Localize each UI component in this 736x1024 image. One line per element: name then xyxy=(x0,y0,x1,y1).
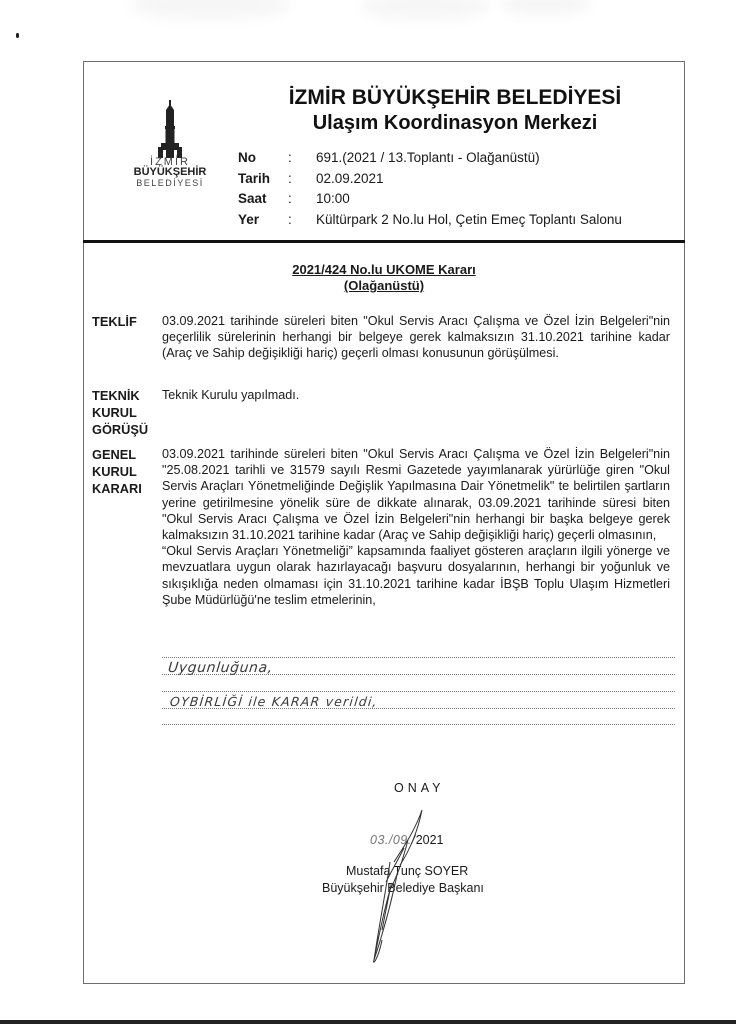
logo-text-buyuksehir: BÜYÜKŞEHİR xyxy=(118,167,222,178)
meta-value-place: Kültürpark 2 No.lu Hol, Çetin Emeç Topla… xyxy=(316,210,622,231)
meta-colon: : xyxy=(288,189,316,210)
meta-key: Tarih xyxy=(238,169,288,190)
meta-value-time: 10:00 xyxy=(316,189,350,210)
label-line: KARARI xyxy=(92,480,162,497)
label-line: KURUL xyxy=(92,404,162,421)
meta-row-time: Saat : 10:00 xyxy=(238,189,622,210)
scan-speck xyxy=(16,33,19,38)
scan-smudge xyxy=(130,0,290,20)
section-teklif: TEKLİF 03.09.2021 tarihinde süreleri bit… xyxy=(92,313,670,362)
meta-colon: : xyxy=(288,169,316,190)
meta-colon: : xyxy=(288,148,316,169)
section-label-genel-kurul: GENEL KURUL KARARI xyxy=(92,446,162,608)
header-divider xyxy=(83,240,685,243)
meta-key: Yer xyxy=(238,210,288,231)
meta-value-no: 691.(2021 / 13.Toplantı - Olağanüstü) xyxy=(316,148,540,169)
section-teknik-kurul: TEKNİK KURUL GÖRÜŞÜ Teknik Kurulu yapılm… xyxy=(92,387,670,438)
meta-row-no: No : 691.(2021 / 13.Toplantı - Olağanüst… xyxy=(238,148,622,169)
paragraph: “Okul Servis Araçları Yönetmeliği” kapsa… xyxy=(162,543,670,608)
paragraph: Teknik Kurulu yapılmadı. xyxy=(162,387,670,403)
scan-smudge xyxy=(360,0,490,20)
meta-row-date: Tarih : 02.09.2021 xyxy=(238,169,622,190)
dotted-line xyxy=(162,724,675,725)
scan-smudge xyxy=(500,0,590,16)
handwritten-note-decision: OYBİRLİĞİ ile KARAR verildi, xyxy=(169,694,378,709)
section-label-teklif: TEKLİF xyxy=(92,313,162,362)
org-subtitle: Ulaşım Koordinasyon Merkezi xyxy=(250,111,660,135)
section-body-teknik-kurul: Teknik Kurulu yapılmadı. xyxy=(162,387,670,438)
meta-key: Saat xyxy=(238,189,288,210)
meeting-meta: No : 691.(2021 / 13.Toplantı - Olağanüst… xyxy=(238,148,622,230)
signature-scribble-icon xyxy=(360,800,440,970)
clock-tower-icon xyxy=(150,100,190,158)
logo-text-belediyesi: BELEDİYESİ xyxy=(118,178,222,188)
label-line: GENEL xyxy=(92,446,162,463)
decision-subtitle: (Olağanüstü) xyxy=(86,278,682,294)
dotted-line xyxy=(162,691,675,692)
org-title: İZMİR BÜYÜKŞEHİR BELEDİYESİ xyxy=(250,86,660,110)
meta-key: No xyxy=(238,148,288,169)
meta-value-date: 02.09.2021 xyxy=(316,169,384,190)
dotted-line xyxy=(162,657,675,658)
meta-row-place: Yer : Kültürpark 2 No.lu Hol, Çetin Emeç… xyxy=(238,210,622,231)
section-genel-kurul: GENEL KURUL KARARI 03.09.2021 tarihinde … xyxy=(92,446,670,608)
meta-colon: : xyxy=(288,210,316,231)
label-line: TEKNİK xyxy=(92,387,162,404)
label-line: GÖRÜŞÜ xyxy=(92,421,162,438)
decision-title: 2021/424 No.lu UKOME Kararı xyxy=(86,262,682,278)
paragraph: 03.09.2021 tarihinde süreleri biten "Oku… xyxy=(162,313,670,362)
paragraph: 03.09.2021 tarihinde süreleri biten "Oku… xyxy=(162,446,670,543)
municipality-logo: İZMİR BÜYÜKŞEHİR BELEDİYESİ xyxy=(118,100,222,188)
section-label-teknik-kurul: TEKNİK KURUL GÖRÜŞÜ xyxy=(92,387,162,438)
handwritten-note-approval: Uygunluğuna, xyxy=(167,660,273,676)
label-line: KURUL xyxy=(92,463,162,480)
scan-edge xyxy=(0,1020,736,1024)
approval-heading: ONAY xyxy=(394,781,445,795)
section-body-teklif: 03.09.2021 tarihinde süreleri biten "Oku… xyxy=(162,313,670,362)
section-body-genel-kurul: 03.09.2021 tarihinde süreleri biten "Oku… xyxy=(162,446,670,608)
